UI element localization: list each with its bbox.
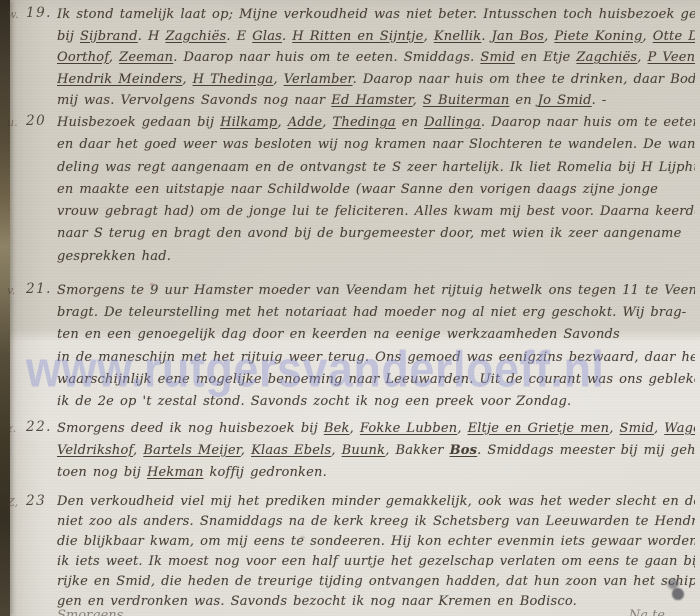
entry-number: 20 [26, 113, 46, 129]
margin-day-mark: z. [7, 422, 16, 435]
handwritten-line: Smorgens deed ik nog huisbezoek bij Bek,… [57, 418, 695, 440]
watermark-text: www.rutgersvanderloeff.nl [26, 340, 604, 399]
diary-page-scan: w. 19. Ik stond tamelijk laat op; Mijne … [0, 0, 700, 616]
handwritten-line: mij was. Vervolgens Savonds nog naar Ed … [57, 90, 695, 112]
handwritten-line: deling was regt aangenaam en de ontvangs… [57, 157, 695, 179]
handwritten-line: vrouw gebragt had) om de jonge lui te fe… [57, 201, 695, 223]
entry-number: 21. [26, 281, 52, 297]
handwritten-line: Veldrikshof, Bartels Meijer, Klaas Ebels… [57, 440, 695, 462]
handwritten-line: rijke en Smid, die heden de treurige tij… [57, 572, 695, 592]
handwritten-line: niet zoo als anders. Snamiddags na de ke… [57, 512, 695, 532]
ink-blot-spot [672, 588, 684, 600]
handwritten-line: en maakte een uitstapje naar Schildwolde… [57, 179, 695, 201]
clipped-next-line: Smorgens Na te [57, 608, 695, 616]
diary-entry: Z, 23 Den verkoudheid viel mij het predi… [0, 492, 700, 613]
entry-text: Huisbezoek gedaan bij Hilkamp, Adde, The… [57, 112, 695, 268]
diary-entry: u. 20 Huisbezoek gedaan bij Hilkamp, Add… [0, 112, 700, 268]
entry-text: Smorgens deed ik nog huisbezoek bij Bek,… [57, 418, 695, 484]
handwritten-line: naar S terug en bragt den avond bij de b… [57, 223, 695, 245]
handwritten-line: Smorgens te 9 uur Hamster moeder van Vee… [57, 280, 695, 302]
clipped-fragment-left: Smorgens [57, 608, 123, 616]
diary-entry: z. 22. Smorgens deed ik nog huisbezoek b… [0, 418, 700, 484]
entry-number: 22. [26, 419, 52, 435]
entry-number: 23 [26, 493, 46, 509]
margin-day-mark: u. [7, 116, 18, 129]
handwritten-line: ik iets weet. Ik moest nog voor een half… [57, 552, 695, 572]
handwritten-line: bij Sijbrand. H Zagchiës. E Glas. H Ritt… [57, 26, 695, 48]
handwritten-line: en daar het goed weer was besloten wij n… [57, 134, 695, 156]
diary-entries: w. 19. Ik stond tamelijk laat op; Mijne … [0, 0, 700, 616]
handwritten-line: Huisbezoek gedaan bij Hilkamp, Adde, The… [57, 112, 695, 134]
entry-text: Ik stond tamelijk laat op; Mijne verkoud… [57, 4, 695, 112]
handwritten-line: Hendrik Meinders, H Thedinga, Verlamber.… [57, 69, 695, 91]
handwritten-line: Ik stond tamelijk laat op; Mijne verkoud… [57, 4, 695, 26]
handwritten-line: die blijkbaar kwam, om mij eens te sonde… [57, 532, 695, 552]
margin-day-mark: v. [7, 284, 15, 297]
handwritten-line: toen nog bij Hekman koffij gedronken. [57, 462, 695, 484]
handwritten-line: bragt. De teleurstelling met het notaria… [57, 302, 695, 324]
entry-number: 19. [26, 5, 52, 21]
handwritten-line: Oorthof, Zeeman. Daarop naar huis om te … [57, 47, 695, 69]
margin-day-mark: Z, [7, 496, 18, 509]
handwritten-line: gesprekken had. [57, 246, 695, 268]
clipped-fragment-right: Na te [629, 608, 665, 616]
margin-day-mark: w. [7, 8, 19, 21]
handwritten-line: Den verkoudheid viel mij het prediken mi… [57, 492, 695, 512]
diary-entry: w. 19. Ik stond tamelijk laat op; Mijne … [0, 4, 700, 112]
entry-text: Den verkoudheid viel mij het prediken mi… [57, 492, 695, 613]
